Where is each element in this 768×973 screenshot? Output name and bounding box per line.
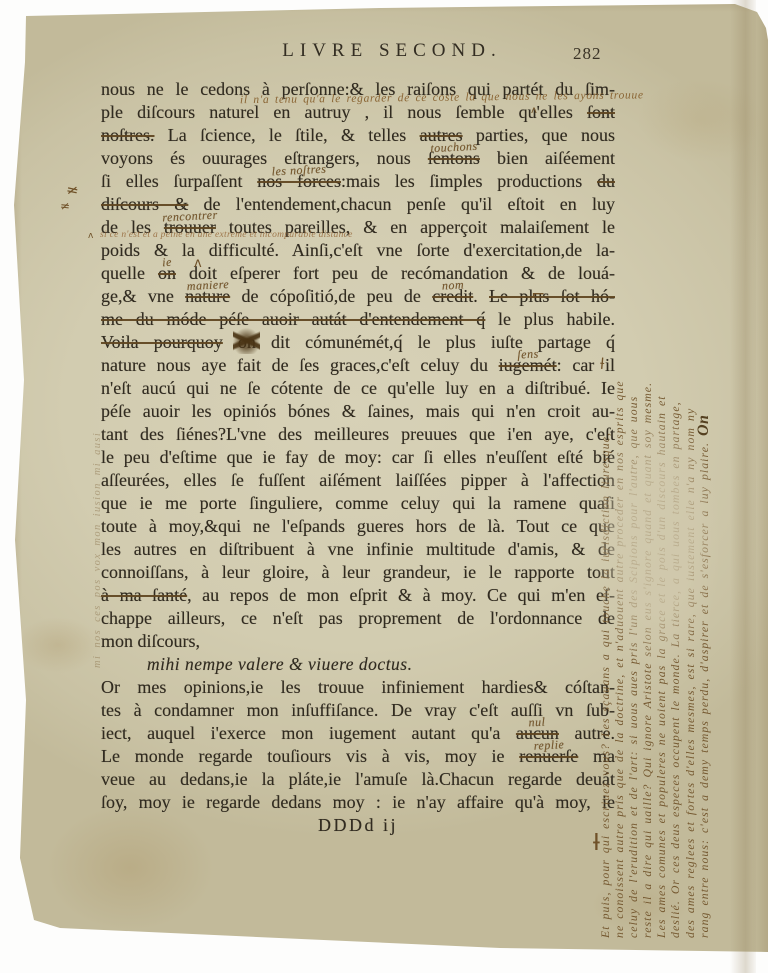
interlinear-correction: replie <box>533 738 564 752</box>
insertion-mark: ʌ <box>88 232 93 241</box>
struck-word: à ma ſanté <box>101 585 187 605</box>
struck-word: iugemétſens <box>499 355 557 375</box>
struck-word: Le plus ſot hó- <box>489 286 615 306</box>
text-line: n'eſt aucú qui ne ſe cótente de ce qu'el… <box>101 377 615 400</box>
text-line: aſſeurées, elles ſe fuſſent aiſément lai… <box>101 469 615 492</box>
text-line: à ma ſanté, au repos de mon eſprit & à m… <box>101 584 615 607</box>
struck-word: me du móde péſe auoir autát d'entendemen… <box>101 309 485 329</box>
text-line: les autres en diſtribuent à vne infinie … <box>101 538 615 561</box>
text-line: que ie me porte ſinguliere, comme celuy … <box>101 492 615 515</box>
struck-word: nos forcesles noſtres <box>257 171 341 191</box>
interlinear-correction: maniere <box>186 278 229 292</box>
interlinear-correction: nul <box>529 715 546 728</box>
interlinear-addition-tiny: si ce n'est et a peine en une extreme et… <box>100 230 353 240</box>
margin-manuscript-line: reste il a dire qui uaille? Qui ignore A… <box>640 146 654 938</box>
margin-manuscript-line: ne conoissent autre pris que de la doctr… <box>612 146 626 938</box>
text-line: ſi elles ſurpaſſent nos forcesles noſtre… <box>101 170 615 193</box>
text-line: quelle onie doit eſperer fort peu de rec… <box>101 262 615 285</box>
ink-blotted-word: on <box>238 332 256 352</box>
struck-word: renuerſereplie <box>519 746 578 766</box>
interlinear-correction: touchons <box>430 140 478 154</box>
text-line: veue au dedans,ie la pláte,ie l'amuſe là… <box>101 768 615 791</box>
text-line: péſe auoir les opiniós bónes & ſaines, m… <box>101 400 615 423</box>
struck-word: ſentonstouchons <box>428 148 480 168</box>
insertion-mark: Ɨ <box>593 832 600 855</box>
margin-manuscript-line: rang entre nous: c'est a demy temps perd… <box>697 146 711 938</box>
margin-on-word: On <box>695 415 712 436</box>
margin-manuscript-line: Et puis, pour qui escriuez vous? Les sça… <box>598 146 612 938</box>
text-line: nature nous aye fait de ſes graces,c'eſt… <box>101 354 615 377</box>
insertion-mark: ʌ <box>194 257 202 270</box>
interlinear-correction: rencontrer <box>162 208 218 223</box>
text-line: le peu d'eſtime que ie fay de moy: car ſ… <box>101 446 615 469</box>
struck-word: onie <box>158 263 176 283</box>
text-line: chappe ailleurs, ce n'eſt pas proprement… <box>101 607 615 630</box>
interlinear-correction: les noſtres <box>271 162 326 177</box>
text-line: mon diſcours, <box>101 630 615 653</box>
margin-manuscript-line: celuy de l'erudition et de l'art: si uou… <box>626 146 640 938</box>
struck-word: noſtres. <box>101 125 155 145</box>
text-line: noſtres. La ſcience, le ſtile, & telles … <box>101 124 615 147</box>
right-margin-manuscript-addition: Et puis, pour qui escriuez vous? Les sça… <box>598 146 711 938</box>
scanned-book-page: LIVRE SECOND. 282 nous ne le cedons à pe… <box>0 0 768 973</box>
left-margin-faint-marginalia: mi nos ces pos vox mon iusion mi ausi <box>92 202 103 668</box>
struck-word: Voila pourquoy <box>101 332 223 352</box>
gathering-signature: DDDd ij <box>101 814 615 837</box>
struck-word: ſont <box>587 102 615 122</box>
insertion-mark: ⌐ <box>531 287 545 304</box>
text-line: connoiſſans, à leur gloire, à leur grand… <box>101 561 615 584</box>
interlinear-correction: nom <box>441 278 464 291</box>
text-line: voyons és ouurages eſtrangers, nous ſent… <box>101 147 615 170</box>
printed-text-block: nous ne le cedons à perſonne:& les raiſo… <box>101 0 615 973</box>
text-line: Or mes opinions,ie les trouue infiniemen… <box>101 676 615 699</box>
margin-manuscript-line: Les ames comunes et populeres ne uoient … <box>654 146 668 938</box>
struck-word: naturemaniere <box>185 286 230 306</box>
text-line: ſoy, moy ie regarde dedans moy : ie n'ay… <box>101 791 615 814</box>
interlinear-correction: ſens <box>517 347 539 360</box>
text-line: tant des ſiénes?L'vne des meilleures pre… <box>101 423 615 446</box>
interlinear-correction: ie <box>162 256 172 268</box>
margin-manuscript-line: deslié. Or ces deus especes occupent le … <box>668 146 682 938</box>
margin-manuscript-line: des ames reglees et fortes d'elles mesme… <box>683 146 697 938</box>
latin-quote-line: mihi nempe valere & viuere doctus. <box>101 653 615 676</box>
text-line: poids & la difficulté. Ainſi,c'eſt vne ſ… <box>101 239 615 262</box>
text-line: me du móde péſe auoir autát d'entendemen… <box>101 308 615 331</box>
text-line: Le monde regarde touſiours vis à vis, mo… <box>101 745 615 768</box>
insertion-mark: ≠ <box>59 200 70 213</box>
struck-word: creditnom <box>432 286 473 306</box>
insertion-mark: ʌ <box>531 106 537 116</box>
text-line: toute à moy,&qui ne l'eſpands gueres hor… <box>101 515 615 538</box>
